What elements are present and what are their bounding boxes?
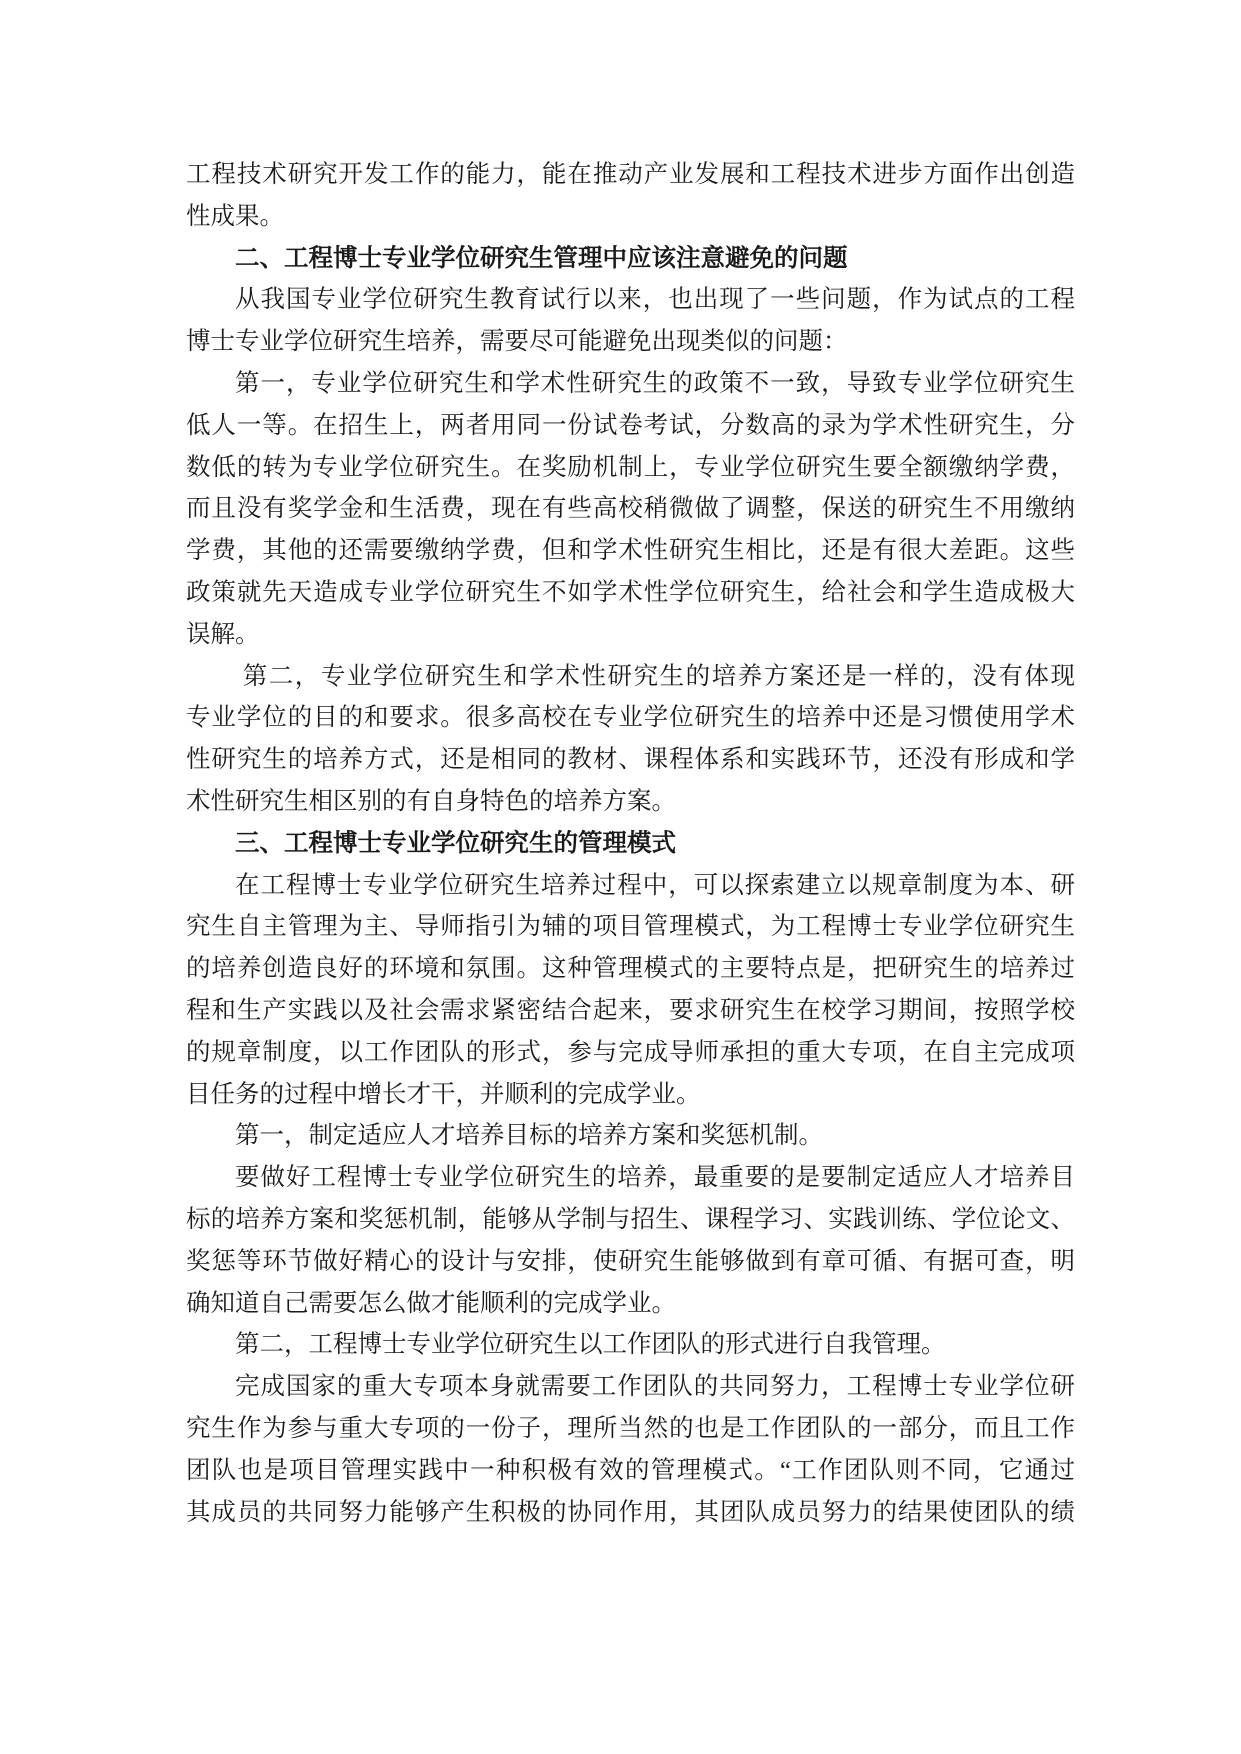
text-line: 究生作为参与重大专项的一份子，理所当然的也是工作团队的一部分，而且工作 [186, 1408, 1075, 1450]
text-line: 而且没有奖学金和生活费，现在有些高校稍微做了调整，保送的研究生不用缴纳 [186, 488, 1075, 530]
section-heading: 二、工程博士专业学位研究生管理中应该注意避免的问题 [186, 238, 1075, 280]
text-line: 要做好工程博士专业学位研究生的培养，最重要的是要制定适应人才培养目 [186, 1157, 1075, 1199]
text-line: 从我国专业学位研究生教育试行以来，也出现了一些问题，作为试点的工程 [186, 279, 1075, 321]
text-line: 第二，专业学位研究生和学术性研究生的培养方案还是一样的，没有体现 [186, 656, 1075, 698]
text-line: 程和生产实践以及社会需求紧密结合起来，要求研究生在校学习期间，按照学校 [186, 990, 1075, 1032]
text-line: 数低的转为专业学位研究生。在奖励机制上，专业学位研究生要全额缴纳学费， [186, 447, 1075, 489]
text-line: 术性研究生相区别的有自身特色的培养方案。 [186, 781, 1075, 823]
text-line: 政策就先天造成专业学位研究生不如学术性学位研究生，给社会和学生造成极大 [186, 572, 1075, 614]
text-line: 博士专业学位研究生培养，需要尽可能避免出现类似的问题： [186, 321, 1075, 363]
text-line: 其成员的共同努力能够产生积极的协同作用，其团队成员努力的结果使团队的绩 [186, 1492, 1075, 1534]
text-line: 性研究生的培养方式，还是相同的教材、课程体系和实践环节，还没有形成和学 [186, 739, 1075, 781]
text-line: 性成果。 [186, 196, 1075, 238]
section-heading: 三、工程博士专业学位研究生的管理模式 [186, 823, 1075, 865]
document-page: 工程技术研究开发工作的能力，能在推动产业发展和工程技术进步方面作出创造性成果。二… [0, 0, 1241, 1754]
text-line: 的规章制度，以工作团队的形式，参与完成导师承担的重大专项，在自主完成项 [186, 1032, 1075, 1074]
text-line: 奖惩等环节做好精心的设计与安排，使研究生能够做到有章可循、有据可查，明 [186, 1241, 1075, 1283]
text-line: 工程技术研究开发工作的能力，能在推动产业发展和工程技术进步方面作出创造 [186, 154, 1075, 196]
text-line: 目任务的过程中增长才干，并顺利的完成学业。 [186, 1074, 1075, 1116]
text-line: 究生自主管理为主、导师指引为辅的项目管理模式，为工程博士专业学位研究生 [186, 906, 1075, 948]
text-line: 在工程博士专业学位研究生培养过程中，可以探索建立以规章制度为本、研 [186, 865, 1075, 907]
text-line: 完成国家的重大专项本身就需要工作团队的共同努力，工程博士专业学位研 [186, 1366, 1075, 1408]
text-line: 第一，专业学位研究生和学术性研究生的政策不一致，导致专业学位研究生 [186, 363, 1075, 405]
text-line: 第二，工程博士专业学位研究生以工作团队的形式进行自我管理。 [186, 1324, 1075, 1366]
text-line: 确知道自己需要怎么做才能顺利的完成学业。 [186, 1283, 1075, 1325]
text-line: 学费，其他的还需要缴纳学费，但和学术性研究生相比，还是有很大差距。这些 [186, 530, 1075, 572]
text-line: 误解。 [186, 614, 1075, 656]
text-line: 第一，制定适应人才培养目标的培养方案和奖惩机制。 [186, 1115, 1075, 1157]
text-line: 专业学位的目的和要求。很多高校在专业学位研究生的培养中还是习惯使用学术 [186, 697, 1075, 739]
document-body: 工程技术研究开发工作的能力，能在推动产业发展和工程技术进步方面作出创造性成果。二… [186, 154, 1075, 1533]
text-line: 团队也是项目管理实践中一种积极有效的管理模式。“工作团队则不同，它通过 [186, 1450, 1075, 1492]
text-line: 的培养创造良好的环境和氛围。这种管理模式的主要特点是，把研究生的培养过 [186, 948, 1075, 990]
text-line: 低人一等。在招生上，两者用同一份试卷考试，分数高的录为学术性研究生，分 [186, 405, 1075, 447]
text-line: 标的培养方案和奖惩机制，能够从学制与招生、课程学习、实践训练、学位论文、 [186, 1199, 1075, 1241]
